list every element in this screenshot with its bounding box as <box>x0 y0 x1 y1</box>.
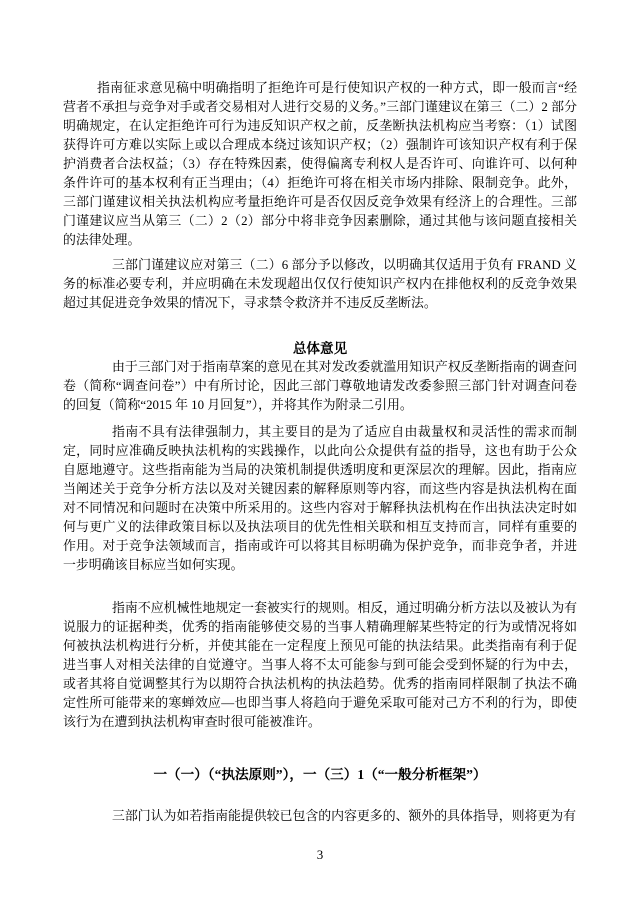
paragraph-guidelines-purpose: 指南不具有法律强制力，其主要目的是为了适应自由裁量权和灵活性的需求而制定，同时应… <box>63 423 577 575</box>
heading-general-comments: 总体意见 <box>63 339 577 358</box>
paragraph-no-mechanical-rules: 指南不应机械性地规定一套被实行的规则。相反，通过明确分析方法以及被认为有说服力的… <box>63 599 577 732</box>
page-number: 3 <box>63 845 577 864</box>
heading-section-reference: 一（一）（“执法原则”），一（三）1（“一般分析框架”） <box>63 765 577 784</box>
paragraph-refusal-to-license: 指南征求意见稿中明确指明了拒绝许可是行使知识产权的一种方式，即一般而言“经营者不… <box>63 79 577 250</box>
paragraph-questionnaire-reference: 由于三部门对于指南草案的意见在其对发改委就滥用知识产权反垄断指南的调查问卷（简称… <box>63 358 577 415</box>
paragraph-more-specific-guidance: 三部门认为如若指南能提供较已包含的内容更多的、额外的具体指导，则将更为有 <box>63 807 577 826</box>
paragraph-frand: 三部门谨建议应对第三（二）6 部分予以修改，以明确其仅适用于负有 FRAND 义… <box>63 256 577 313</box>
document-page: 指南征求意见稿中明确指明了拒绝许可是行使知识产权的一种方式，即一般而言“经营者不… <box>0 0 640 905</box>
